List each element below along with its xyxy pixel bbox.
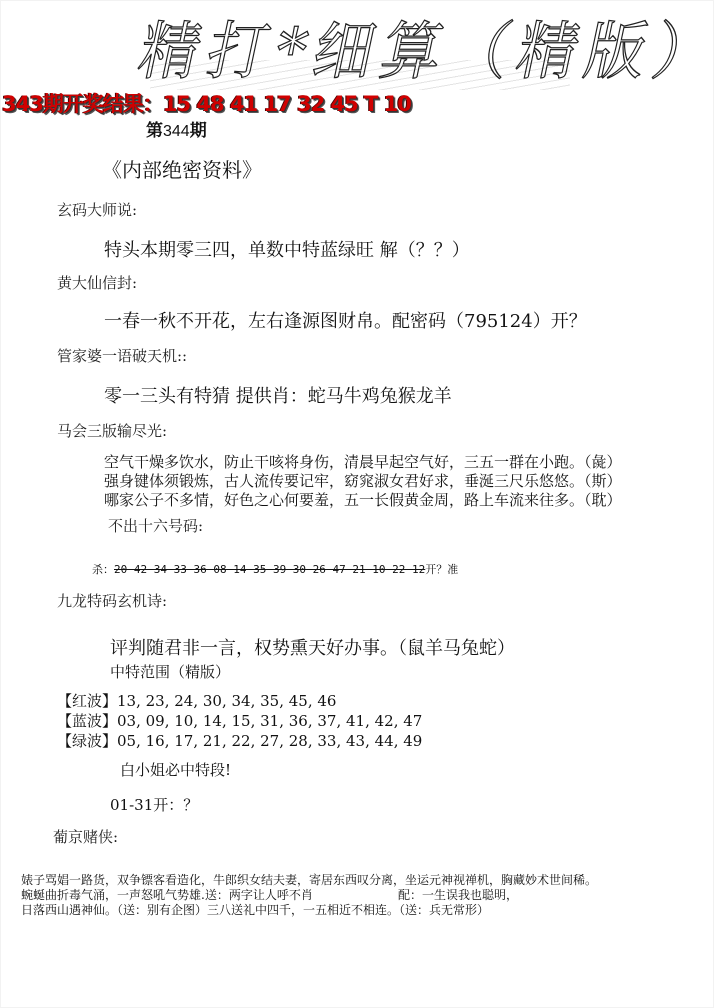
section-label-buchu: 不出十六号码: [108, 515, 203, 536]
wave-row-blue: 【蓝波】03, 09, 10, 14, 15, 31, 36, 37, 41, … [57, 710, 422, 731]
range-open-text: 01-31开：？ [110, 794, 198, 815]
kill-numbers: 20 42 34 33 36 08 14 35 39 30 26 47 21 1… [114, 563, 425, 576]
title-banner: 精打*细算（精版） [131, 10, 579, 94]
issue-prefix: 第 [146, 121, 163, 140]
section-label-guanjiapo: 管家婆一语破天机:: [57, 345, 187, 366]
wave-numbers-red: 13, 23, 24, 30, 34, 35, 45, 46 [117, 692, 336, 710]
bai-xiaojie-text: 白小姐必中特段! [120, 759, 231, 780]
mahui-poem-line-3: 哪家公子不多情，好色之心何要羞，五一长假黄金周，路上车流来往多。（耽） [104, 489, 622, 511]
issue-number: 第344期 [146, 116, 207, 141]
section-label-huangdaxian: 黄大仙信封: [57, 272, 137, 293]
jiulong-poem: 评判随君非一言，权势熏天好办事。（鼠羊马兔蛇） [110, 634, 515, 660]
wave-name-blue: 【蓝波】 [57, 712, 117, 730]
kill-numbers-line: 杀：20 42 34 33 36 08 14 35 39 30 26 47 21… [92, 561, 458, 577]
pujing-line-3: 日落西山遇神仙。（送：别有企图）三八送礼中四千，一五相近不相连。（送：兵无常形） [21, 901, 489, 918]
wave-row-red: 【红波】13, 23, 24, 30, 34, 35, 45, 46 [57, 690, 336, 711]
issue-number-value: 344 [163, 123, 190, 140]
section-label-jiulong: 九龙特码玄机诗: [57, 590, 167, 611]
document-title: 《内部绝密资料》 [102, 154, 262, 183]
wave-name-green: 【绿波】 [57, 732, 117, 750]
wave-name-red: 【红波】 [57, 692, 117, 710]
wave-numbers-blue: 03, 09, 10, 14, 15, 31, 36, 37, 41, 42, … [117, 712, 422, 730]
issue-suffix: 期 [190, 121, 207, 140]
previous-result-line: 343期开奖结果：15 48 41 17 32 45 T 10 [2, 88, 411, 118]
section-label-xuanma: 玄码大师说: [57, 199, 137, 220]
guanjiapo-text: 零一三头有特猜 提供肖：蛇马牛鸡兔猴龙羊 [104, 382, 452, 408]
huangdaxian-text: 一春一秋不开花，左右逢源图财帛。配密码（795124）开？ [104, 307, 587, 333]
wave-row-green: 【绿波】05, 16, 17, 21, 22, 27, 28, 33, 43, … [57, 730, 422, 751]
section-label-mahui: 马会三版输尽光: [57, 420, 167, 441]
kill-suffix: 开？准 [425, 563, 458, 576]
section-label-pujing: 葡京赌侠: [53, 826, 118, 847]
range-title: 中特范围（精版） [110, 661, 230, 682]
xuanma-text: 特头本期零三四，单数中特蓝绿旺 解（？？） [104, 236, 470, 262]
kill-prefix: 杀： [92, 563, 114, 576]
wave-numbers-green: 05, 16, 17, 21, 22, 27, 28, 33, 43, 44, … [117, 732, 422, 750]
